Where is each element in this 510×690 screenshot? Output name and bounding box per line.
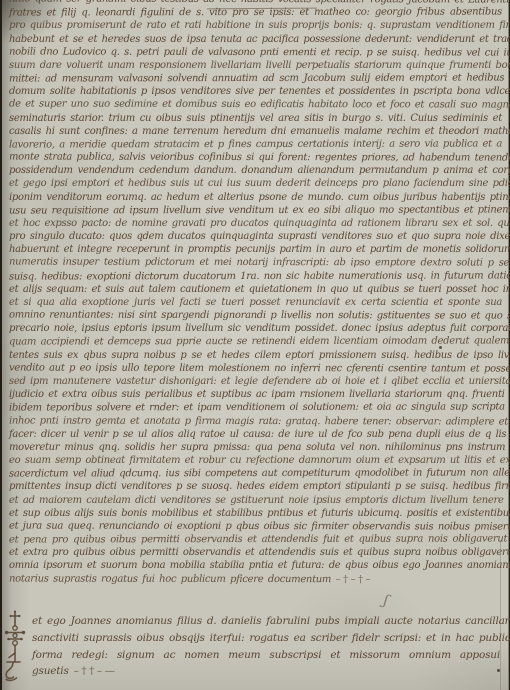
manuscript-line: et jura sua queq. renunciando oi exoptio… <box>9 519 502 533</box>
manuscript-line: pro singulo ducato: quos qdem ducatos qu… <box>9 230 502 243</box>
manuscript-line: habebunt et se et heredes suos de ipsa t… <box>9 33 502 46</box>
manuscript-line: casalis hi sunt confines: a mane terrenu… <box>9 125 502 138</box>
manuscript-line: et gego ipsi emptori et hedibus suis ut … <box>9 177 502 190</box>
manuscript-line: precario noie, ipsius eptoris ipsum live… <box>9 322 502 335</box>
manuscript-line: inhoc pnti instro gemta et anotata p fir… <box>9 414 502 428</box>
manuscript-line: seminaturis starior. trium cu oibus suis… <box>9 112 502 125</box>
manuscript-line: et pena pro quibus oibus permitti observ… <box>9 533 502 547</box>
manuscript-line: et hoc expsso pacto: de nomine gravati p… <box>9 217 502 230</box>
subscription-line: forma redegi: signum ac nomen meum subsc… <box>32 647 500 681</box>
manuscript-line: nobili dno Ludovico q. s. petri pauli de… <box>9 45 502 59</box>
manuscript-line: mittei: ad mensuram valvasoni solvendi a… <box>9 72 502 86</box>
manuscript-line: de et super uno suo sedimine et domibus … <box>9 98 502 112</box>
manuscript-line: suum dare voluerit unam responsionem liv… <box>9 59 502 72</box>
manuscript-line: ijudicio et extra oibus suis perialibus … <box>9 388 502 401</box>
manuscript-line: et extra pro quibus oibus permitti obser… <box>9 546 502 559</box>
manuscript-line: iponim venditorum eorumq. ac hedum et al… <box>9 191 502 204</box>
manuscript-line: domum solite habitationis p ipsos vendit… <box>9 85 502 98</box>
pen-flourish: –†–†– <box>336 574 374 585</box>
manuscript-line: pro quibus promiserunt de rato et rati h… <box>9 19 502 32</box>
manuscript-line: omnino renuntiantes: nisi sint spargendi… <box>9 309 502 323</box>
manuscript-line: suisq. hedibus: exoptioni dictorum ducat… <box>9 269 502 283</box>
manuscript-scan: { "colors":{"ink":"#5a4733","parchment":… <box>0 0 510 690</box>
manuscript-line: et si qua alia exoptione juris vel facti… <box>9 296 502 309</box>
pen-flourish: –††–— <box>74 665 118 677</box>
manuscript-line: numeratis insuper testium pdictorum et m… <box>9 256 502 270</box>
manuscript-line: et alijs sequam: et suis aut talem cauti… <box>9 283 502 296</box>
manuscript-line: tentes suis ex qbus supra noibus p se et… <box>9 349 502 362</box>
manuscript-line: omnia ipsorum et suorum bona mobilia sta… <box>9 559 502 572</box>
subscription-line: et ego Joannes anomianus filius d. danie… <box>32 613 500 630</box>
manuscript-line: habuerunt et integre receperunt in promp… <box>9 243 502 256</box>
manuscript-line: et sup oibus alijs suis bonis mobilibus … <box>9 507 502 520</box>
ink-dot <box>497 669 500 672</box>
manuscript-line: sed ipm manutenere vastetur dishonigari:… <box>9 375 502 388</box>
manuscript-line: ibidem teporibus solvere et rnder: et ip… <box>9 401 502 415</box>
manuscript-line: lavorerio, a meridie quedam stratacim et… <box>9 137 502 151</box>
manuscript-line: notarius suprastis rogatus fui hoc publi… <box>9 572 502 586</box>
subscription-line: sanctiviti suprassis oibus obsqijs iterf… <box>32 630 500 647</box>
manuscript-line: monte strata publica, salvis veioribus c… <box>9 151 502 165</box>
manuscript-line: pmittentes insup dicti venditores p se s… <box>9 480 502 493</box>
manuscript-line: moveretur minus qnq. solidis her supra p… <box>9 441 502 454</box>
manuscript-line: sacerdictum vel aliud qdcumq. ius sibi c… <box>9 467 502 481</box>
manuscript-line: et ad maiorem cautelam dicti venditores … <box>9 494 502 507</box>
notary-signum-icon <box>3 609 33 683</box>
ink-dot <box>439 346 442 349</box>
notary-subscription-block: et ego Joannes anomianus filius d. danie… <box>32 613 500 680</box>
manuscript-line: quam accipiendi et demceps sua pprie auc… <box>9 335 502 349</box>
manuscript-page: lutio qdam ser grandini oibus testibus a… <box>2 0 509 690</box>
fold-line <box>500 540 501 690</box>
line-text: notarius suprastis rogatus fui hoc publi… <box>9 573 331 585</box>
manuscript-line: eo suam semp obtineat firmitatem et robu… <box>9 454 502 467</box>
main-text-block: lutio qdam ser grandini oibus testibus a… <box>9 0 502 586</box>
stray-pen-mark: ʃ <box>382 591 390 609</box>
manuscript-line: vendito aut p eo ipsis ullo tepore litem… <box>9 361 502 375</box>
manuscript-line: facer: dicer ul venir p se ul alios aliq… <box>9 428 502 441</box>
manuscript-line: usu seu requisitione ad ipsum livellum s… <box>9 203 502 217</box>
manuscript-line: possidendum vendendum cedendum dandum. d… <box>9 164 502 177</box>
